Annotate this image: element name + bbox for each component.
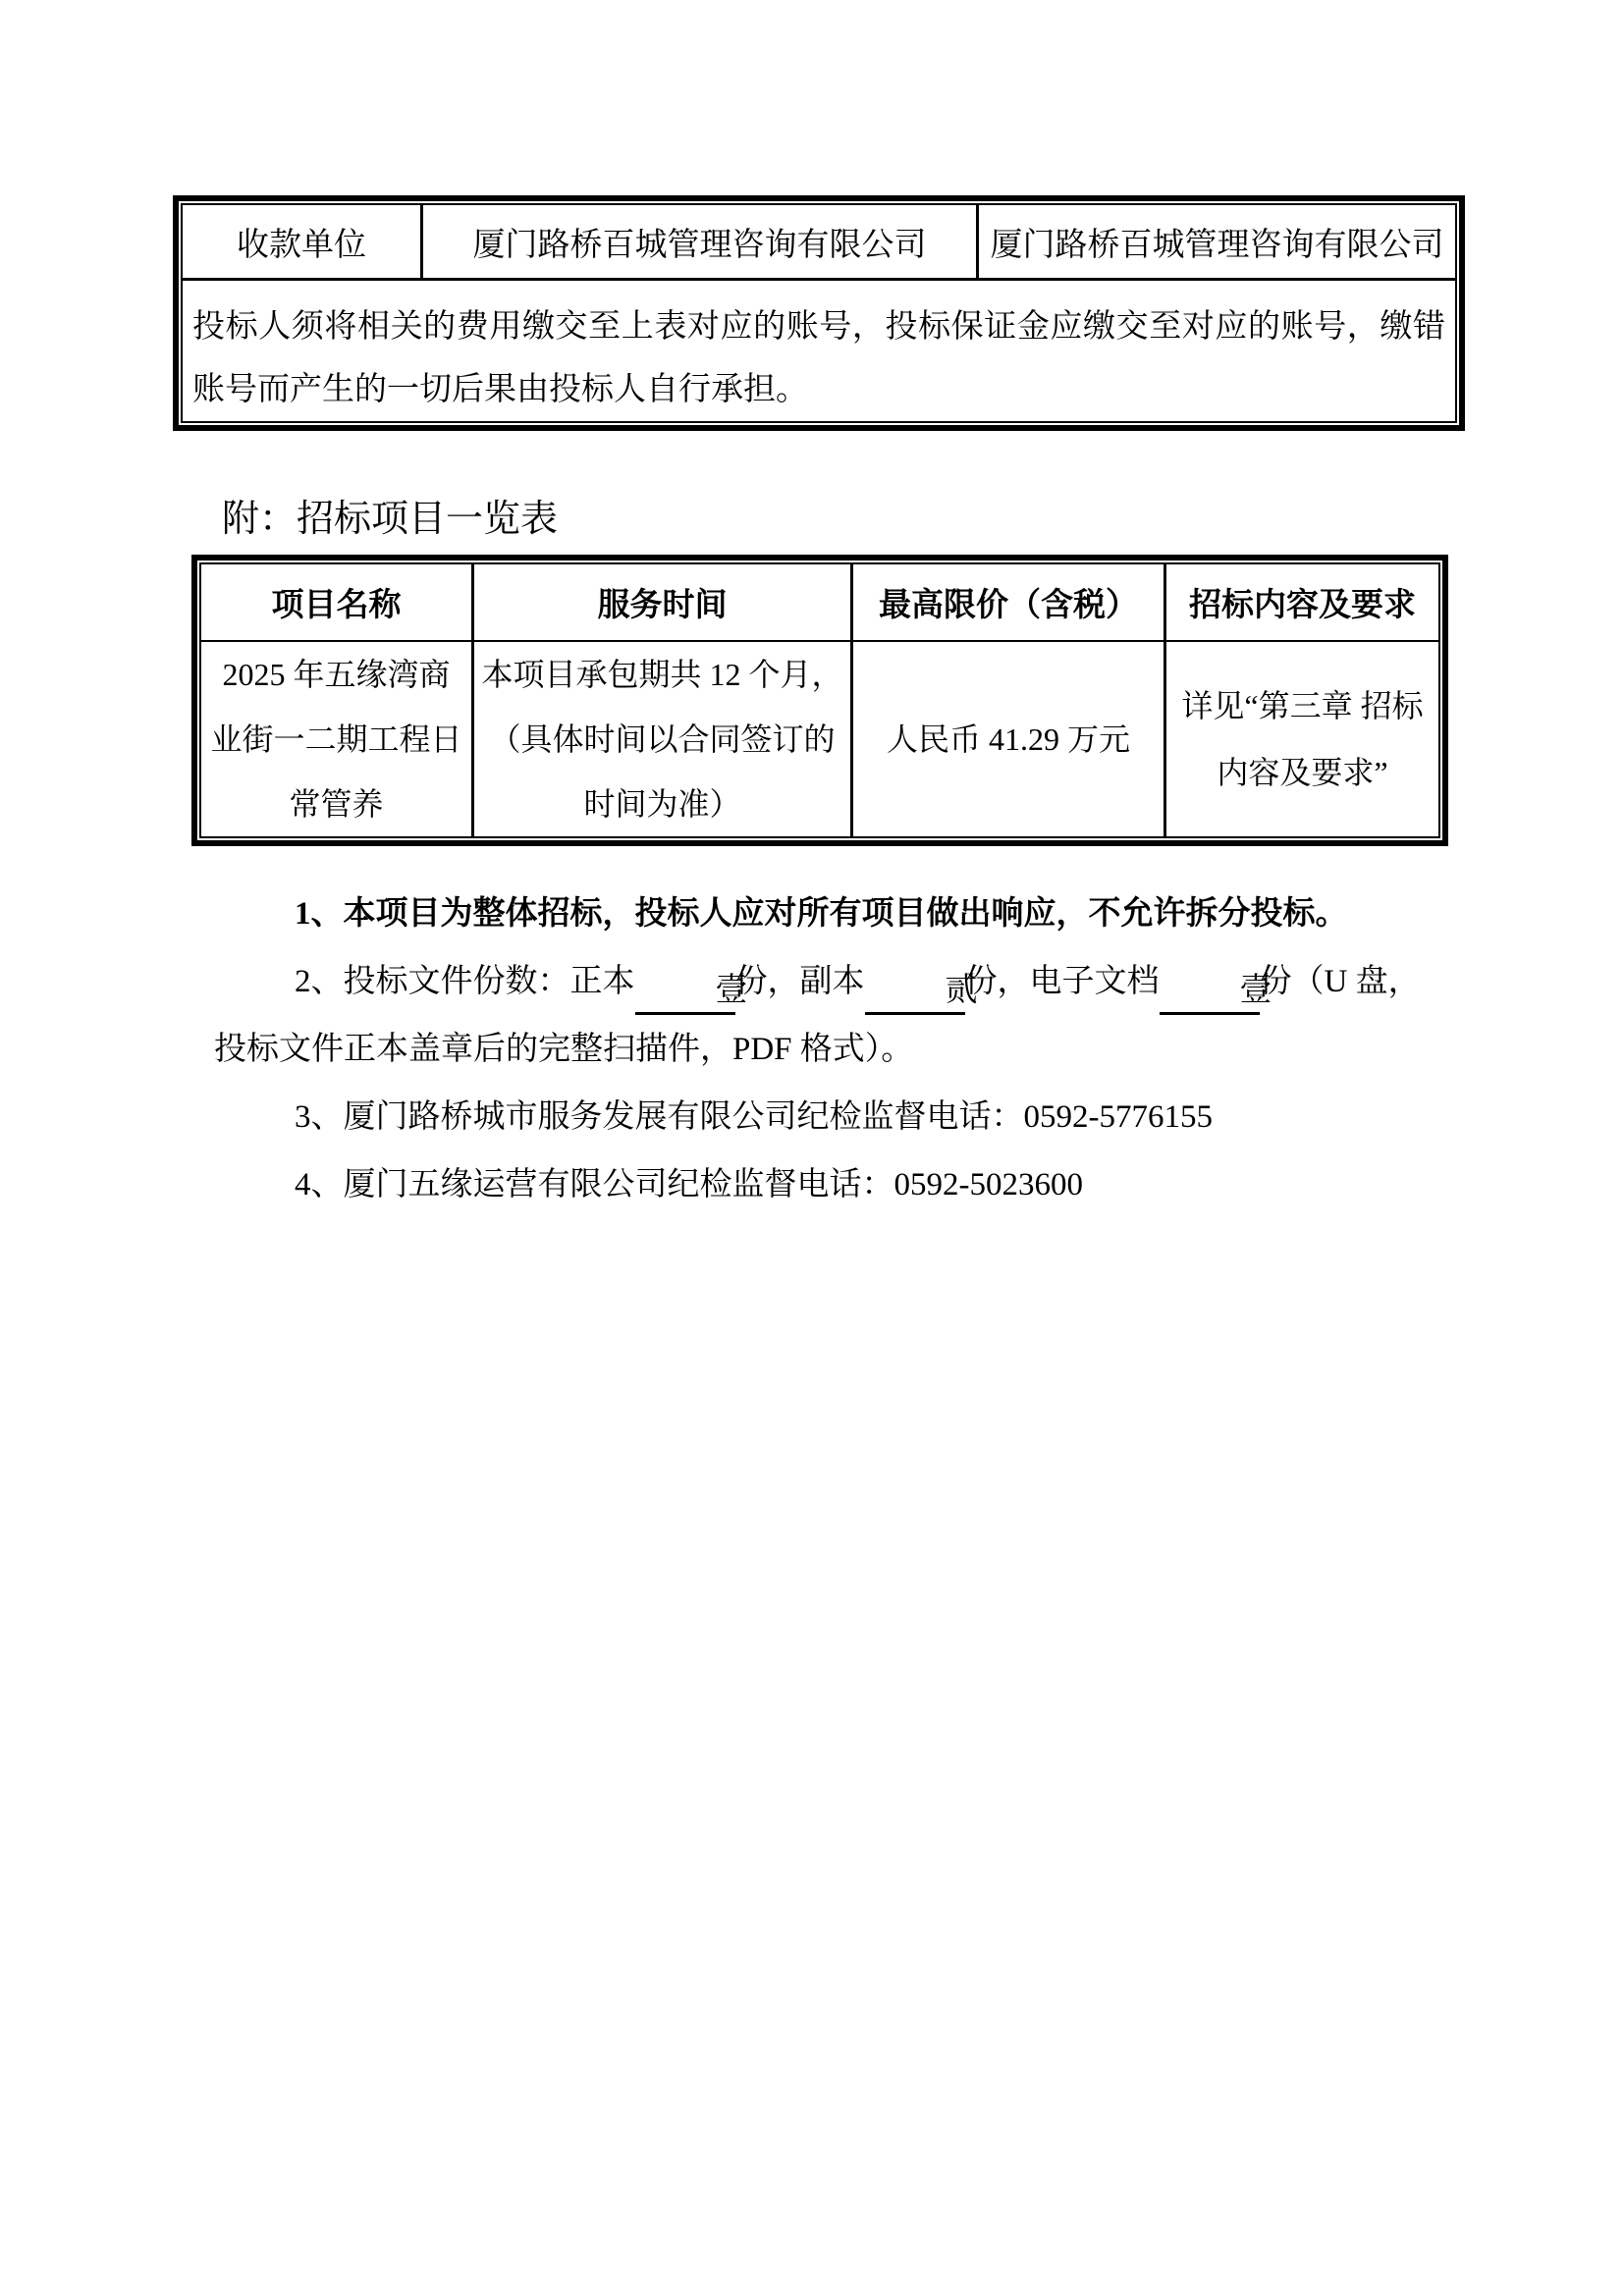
note-item-1: 1、本项目为整体招标，投标人应对所有项目做出响应，不允许拆分投标。 [214, 881, 1467, 948]
note-item-3: 3、厦门路桥城市服务发展有限公司纪检监督电话：0592-5776155 [214, 1084, 1467, 1151]
header-price-limit: 最高限价（含税） [853, 564, 1166, 640]
copies-blank-original: 壹 [635, 969, 735, 1015]
payment-note-cell: 投标人须将相关的费用缴交至上表对应的账号，投标保证金应缴交至对应的账号，缴错 账… [183, 281, 1455, 421]
project-name-line-3: 常管养 [289, 772, 383, 836]
payment-note-line-2: 账号而产生的一切后果由投标人自行承担。 [192, 358, 1445, 421]
notes-section: 1、本项目为整体招标，投标人应对所有项目做出响应，不允许拆分投标。 2、投标文件… [214, 881, 1467, 1219]
project-table-header-row: 项目名称 服务时间 最高限价（含税） 招标内容及要求 [201, 564, 1438, 642]
project-table-inner: 项目名称 服务时间 最高限价（含税） 招标内容及要求 2025 年五缘湾商 业街… [199, 562, 1440, 838]
service-time-line-1: 本项目承包期共 12 个月， [481, 642, 842, 707]
payment-note-line-1: 投标人须将相关的费用缴交至上表对应的账号，投标保证金应缴交至对应的账号，缴错 [192, 295, 1445, 358]
price-limit-value: 人民币 41.29 万元 [887, 707, 1130, 772]
note-item-2-line-1: 2、投标文件份数：正本壹份，副本贰份，电子文档壹份（U 盘， [214, 948, 1467, 1016]
project-table: 项目名称 服务时间 最高限价（含税） 招标内容及要求 2025 年五缘湾商 业街… [191, 555, 1448, 846]
payee-company-cell-2: 厦门路桥百城管理咨询有限公司 [979, 205, 1455, 278]
note-item-2-line-2: 投标文件正本盖章后的完整扫描件，PDF 格式）。 [214, 1016, 1467, 1084]
project-name-cell: 2025 年五缘湾商 业街一二期工程日 常管养 [201, 642, 474, 836]
copies-blank-electronic: 壹 [1160, 969, 1260, 1015]
note-item-2-mid-1: 份，副本 [735, 964, 865, 999]
header-project-name: 项目名称 [201, 564, 474, 640]
attachment-heading: 附：招标项目一览表 [222, 494, 558, 545]
note-item-2-mid-2: 份，电子文档 [965, 964, 1160, 999]
payment-table-header-row: 收款单位 厦门路桥百城管理咨询有限公司 厦门路桥百城管理咨询有限公司 [183, 205, 1455, 281]
content-requirements-cell: 详见“第三章 招标 内容及要求” [1166, 642, 1438, 836]
project-name-line-1: 2025 年五缘湾商 [222, 642, 450, 707]
document-page: 收款单位 厦门路桥百城管理咨询有限公司 厦门路桥百城管理咨询有限公司 投标人须将… [0, 0, 1624, 2296]
service-time-line-3: 时间为准） [583, 772, 740, 836]
project-name-line-2: 业街一二期工程日 [210, 707, 461, 772]
note-item-2-suffix: 份（U 盘， [1260, 964, 1421, 999]
header-content-requirements: 招标内容及要求 [1166, 564, 1438, 640]
payee-label-cell: 收款单位 [183, 205, 423, 278]
service-time-cell: 本项目承包期共 12 个月， （具体时间以合同签订的 时间为准） [474, 642, 853, 836]
content-requirements-line-1: 详见“第三章 招标 [1181, 672, 1423, 739]
content-requirements-line-2: 内容及要求” [1217, 739, 1387, 806]
price-limit-cell: 人民币 41.29 万元 [853, 642, 1166, 836]
payment-table: 收款单位 厦门路桥百城管理咨询有限公司 厦门路桥百城管理咨询有限公司 投标人须将… [173, 195, 1465, 431]
header-service-time: 服务时间 [474, 564, 853, 640]
payment-table-inner: 收款单位 厦门路桥百城管理咨询有限公司 厦门路桥百城管理咨询有限公司 投标人须将… [181, 203, 1457, 423]
project-table-body-row: 2025 年五缘湾商 业街一二期工程日 常管养 本项目承包期共 12 个月， （… [201, 642, 1438, 836]
note-item-4: 4、厦门五缘运营有限公司纪检监督电话：0592-5023600 [214, 1151, 1467, 1219]
service-time-line-2: （具体时间以合同签订的 [489, 707, 835, 772]
payee-company-cell-1: 厦门路桥百城管理咨询有限公司 [423, 205, 979, 278]
note-item-2-prefix: 2、投标文件份数：正本 [295, 964, 635, 999]
copies-blank-duplicate: 贰 [865, 969, 965, 1015]
